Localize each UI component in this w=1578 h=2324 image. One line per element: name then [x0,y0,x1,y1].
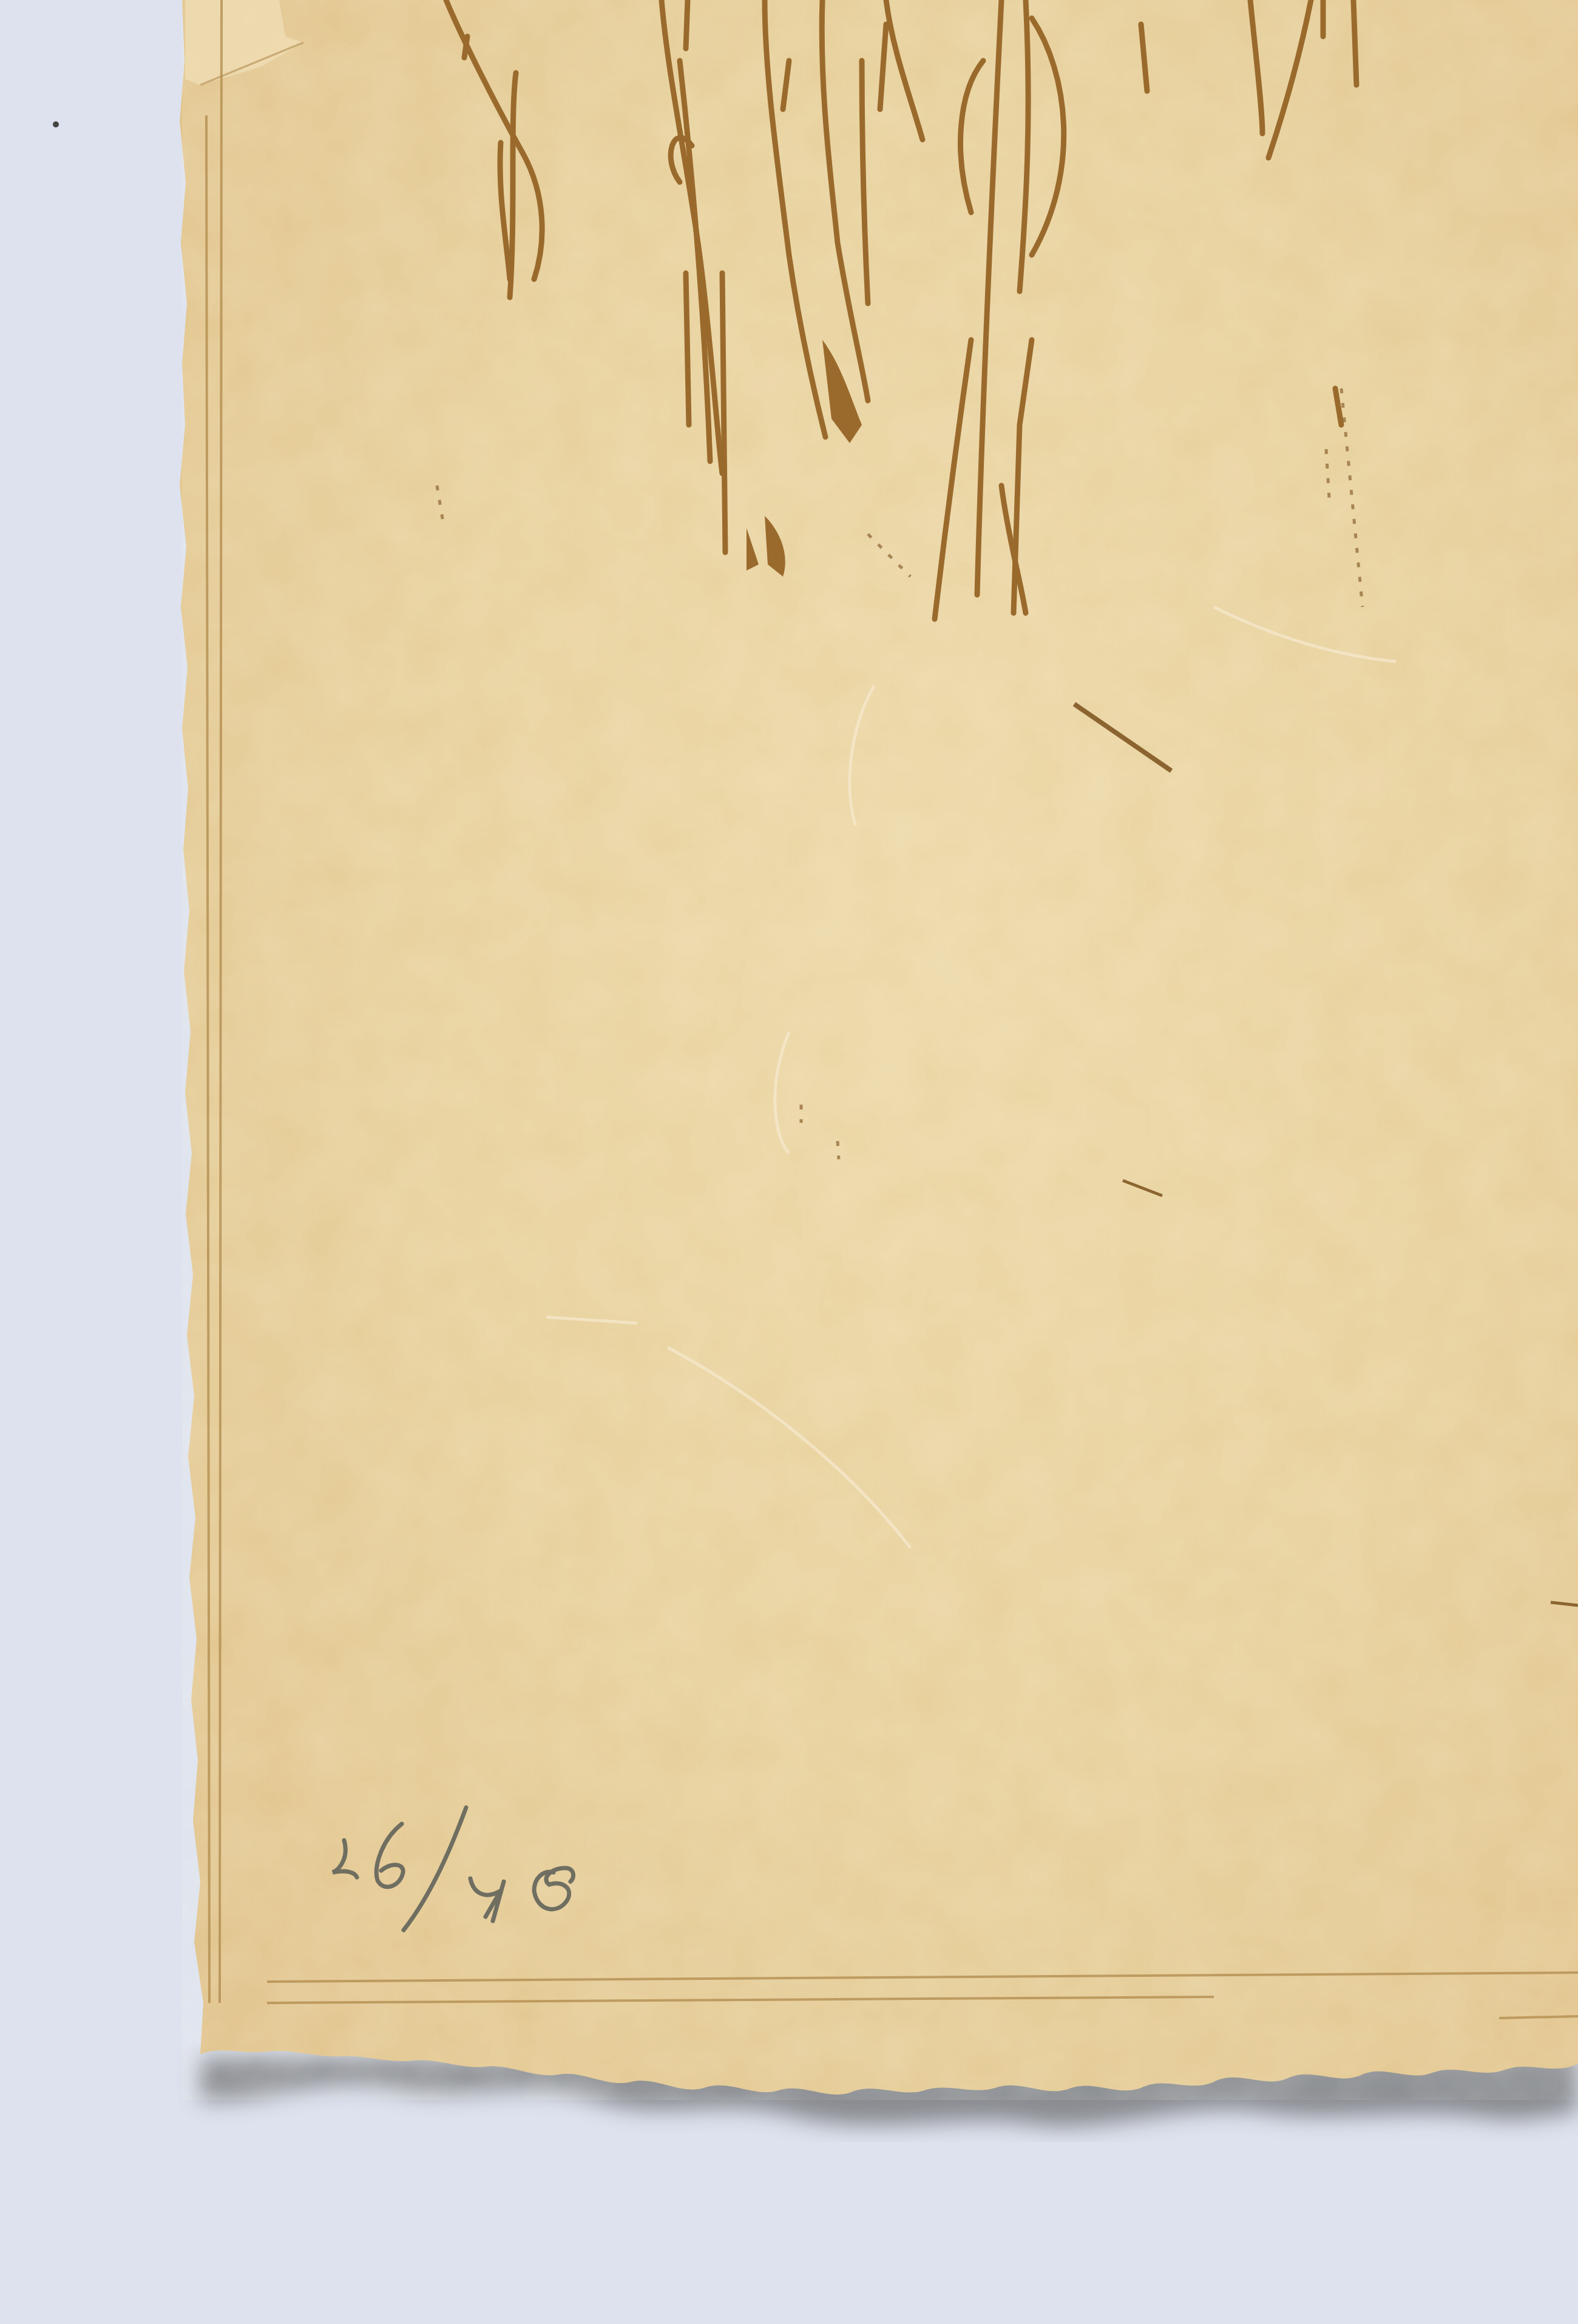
photo-scene [0,0,1578,2324]
print-illustration [0,0,1578,2324]
